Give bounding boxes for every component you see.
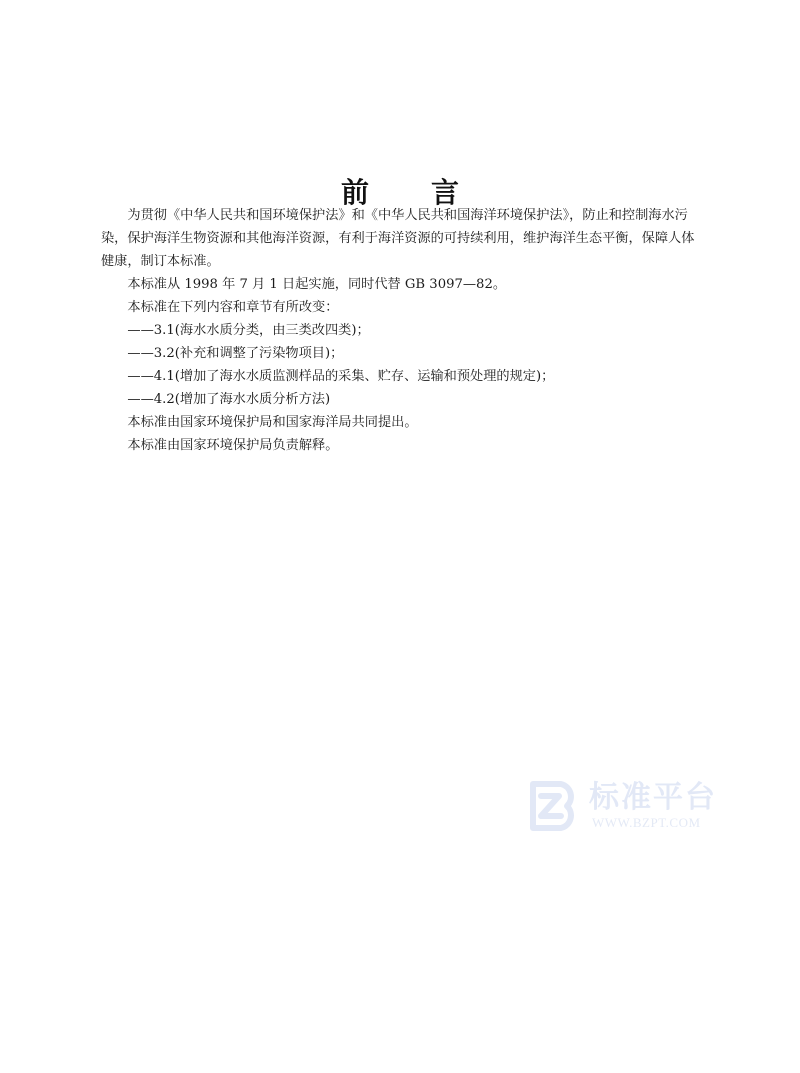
change-item-3-1: ——3.1(海水水质分类，由三类改四类)； bbox=[101, 319, 701, 342]
paragraph-changes-intro: 本标准在下列内容和章节有所改变： bbox=[101, 296, 701, 319]
paragraph-proposed-by: 本标准由国家环境保护局和国家海洋局共同提出。 bbox=[101, 411, 701, 434]
change-item-4-2: ——4.2(增加了海水水质分析方法) bbox=[101, 388, 701, 411]
change-item-4-1: ——4.1(增加了海水水质监测样品的采集、贮存、运输和预处理的规定)； bbox=[101, 365, 701, 388]
paragraph-interpreted-by: 本标准由国家环境保护局负责解释。 bbox=[101, 434, 701, 457]
watermark-name: 标准平台 bbox=[589, 781, 717, 815]
watermark: 标准平台 WWW.BZPT.COM bbox=[527, 778, 717, 834]
paragraph-purpose: 为贯彻《中华人民共和国环境保护法》和《中华人民共和国海洋环境保护法》，防止和控制… bbox=[101, 204, 701, 273]
paragraph-effective-date: 本标准从 1998 年 7 月 1 日起实施，同时代替 GB 3097—82。 bbox=[101, 273, 701, 296]
watermark-url: WWW.BZPT.COM bbox=[592, 815, 717, 831]
foreword-body: 为贯彻《中华人民共和国环境保护法》和《中华人民共和国海洋环境保护法》，防止和控制… bbox=[101, 204, 701, 457]
change-item-3-2: ——3.2(补充和调整了污染物项目)； bbox=[101, 342, 701, 365]
bzpt-logo-icon bbox=[527, 778, 583, 834]
